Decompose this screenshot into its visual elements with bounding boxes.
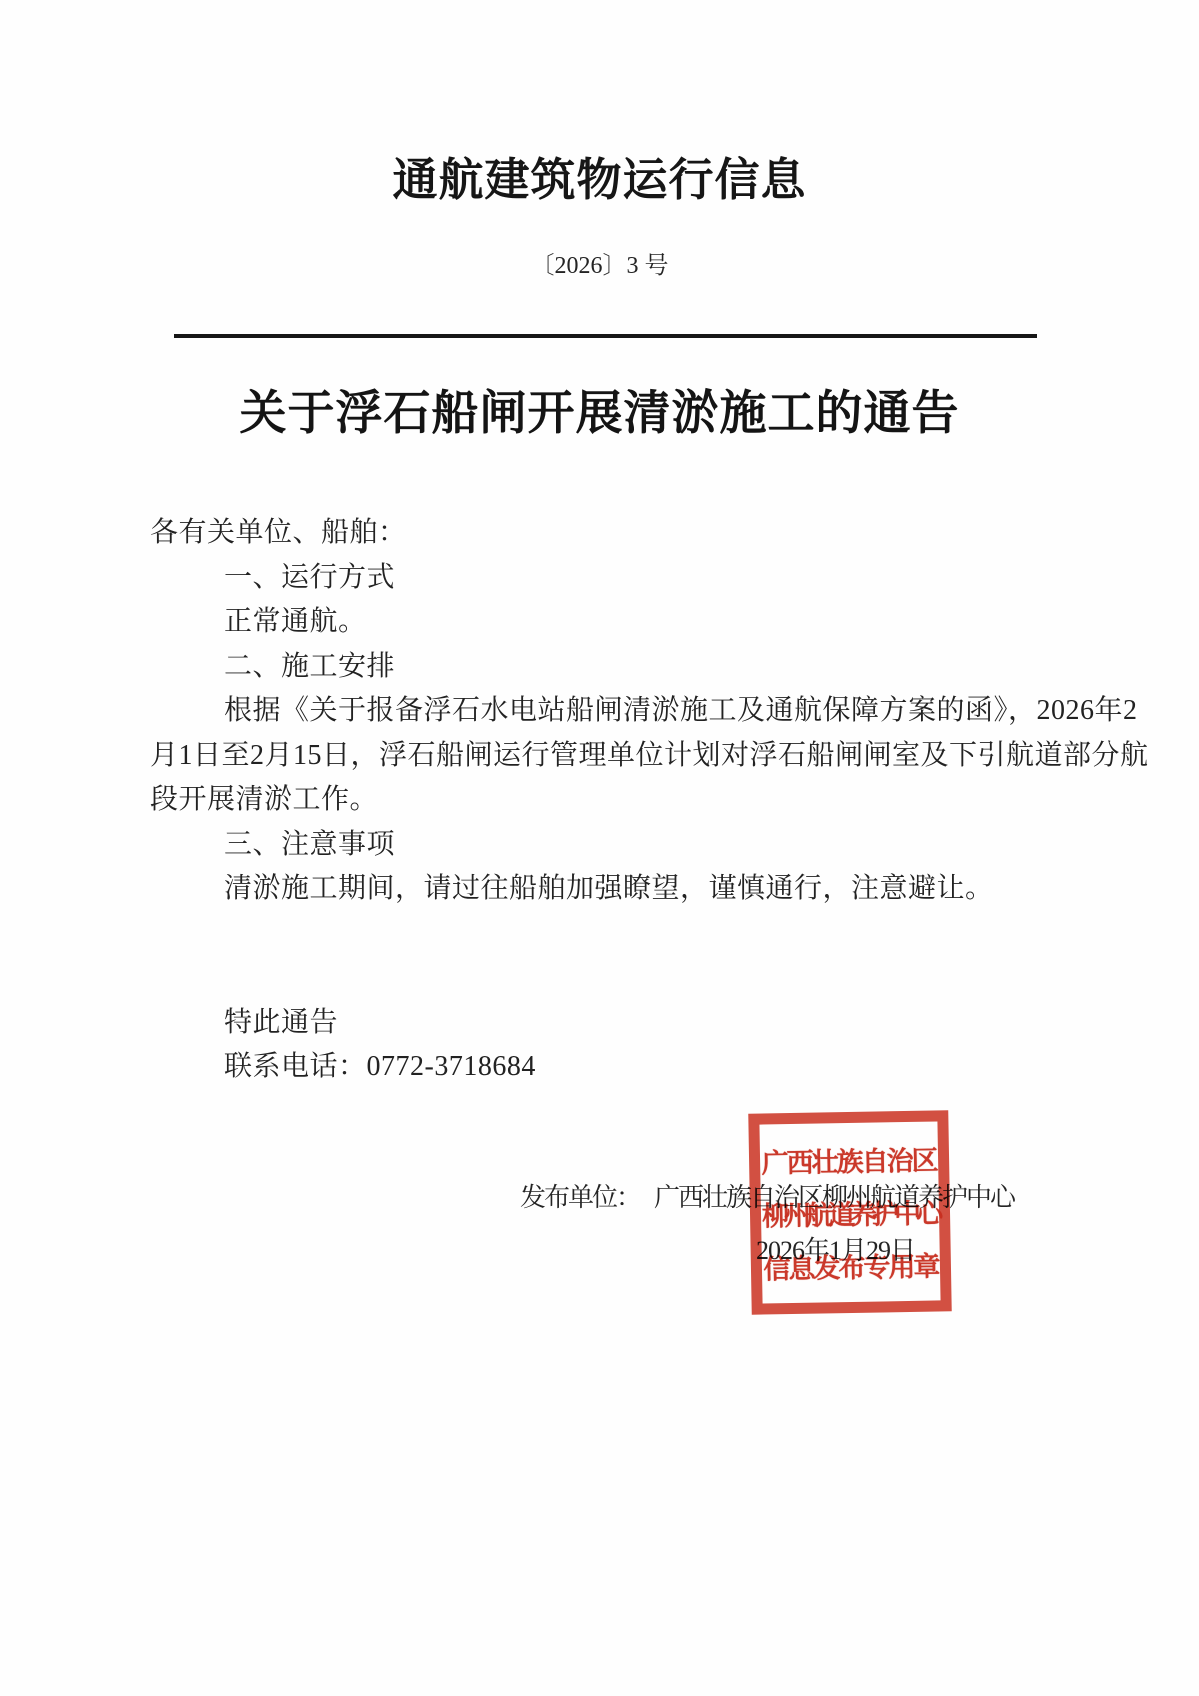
stamp-line-organization: 柳州航道养护中心 bbox=[762, 1191, 939, 1233]
body-line: 联系电话：0772-3718684 bbox=[150, 1045, 1055, 1090]
body-line: 一、运行方式 bbox=[150, 556, 1055, 601]
notice-subtitle: 关于浮石船闸开展清淤施工的通告 bbox=[0, 376, 1199, 443]
body-line: 各有关单位、船舶： bbox=[150, 511, 1055, 556]
header-divider-rule bbox=[174, 334, 1037, 338]
body-line: 正常通航。 bbox=[150, 600, 1055, 645]
stamp-line-region: 广西壮族自治区 bbox=[761, 1138, 937, 1180]
document-title: 通航建筑物运行信息 bbox=[0, 143, 1199, 208]
body-line: 特此通告 bbox=[150, 1001, 1055, 1046]
body-line: 二、施工安排 bbox=[150, 645, 1055, 690]
body-line: 清淤施工期间，请过往船舶加强瞭望，谨慎通行，注意避让。 bbox=[150, 867, 1055, 912]
notice-document-page: 通航建筑物运行信息 〔2026〕3 号 关于浮石船闸开展清淤施工的通告 各有关单… bbox=[0, 0, 1199, 1696]
document-number: 〔2026〕3 号 bbox=[0, 245, 1199, 280]
body-line: 段开展清淤工作。 bbox=[150, 778, 1055, 823]
official-red-stamp: 广西壮族自治区 柳州航道养护中心 信息发布专用章 bbox=[748, 1110, 951, 1314]
body-lines: 各有关单位、船舶：一、运行方式正常通航。二、施工安排根据《关于报备浮石水电站船闸… bbox=[150, 511, 1055, 1090]
stamp-line-purpose: 信息发布专用章 bbox=[763, 1244, 939, 1286]
body-line: 根据《关于报备浮石水电站船闸清淤施工及通航保障方案的函》，2026年2 bbox=[150, 689, 1055, 734]
body-line: 三、注意事项 bbox=[150, 823, 1055, 868]
publisher-label: 发布单位： bbox=[520, 1183, 640, 1212]
body-line: 月1日至2月15日，浮石船闸运行管理单位计划对浮石船闸闸室及下引航道部分航 bbox=[150, 734, 1055, 779]
